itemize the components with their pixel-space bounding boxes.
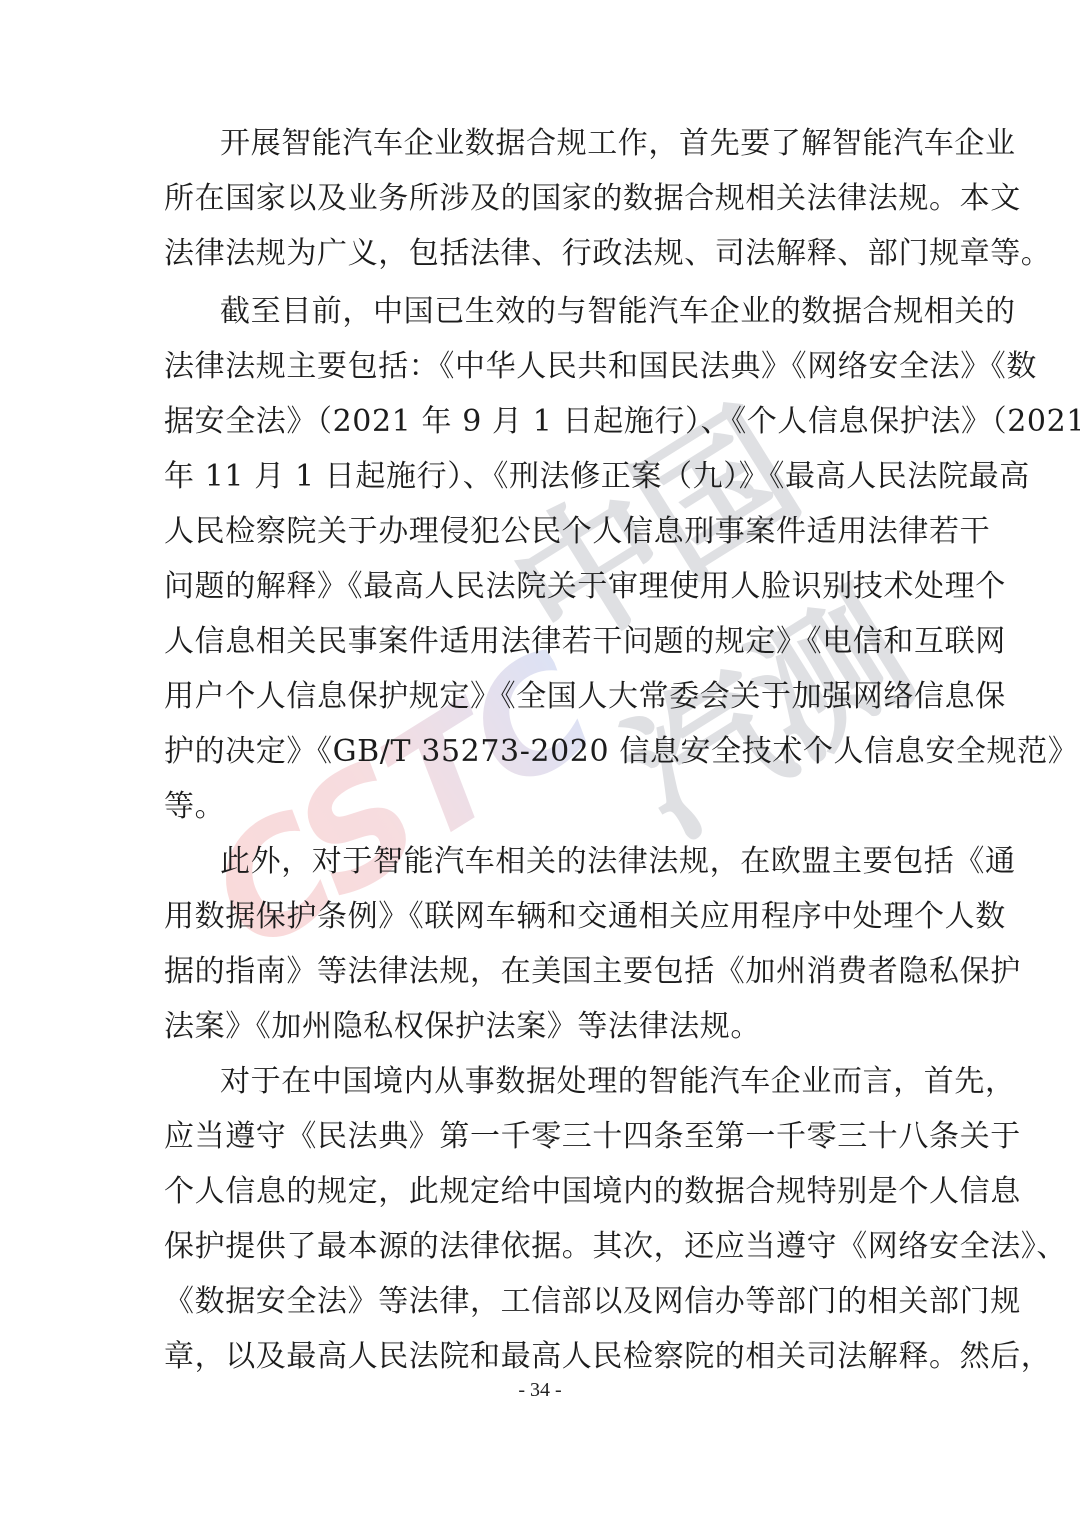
text-line: 人信息相关民事案件适用法律若干问题的规定》《电信和互联网	[164, 622, 916, 662]
text-line: 所在国家以及业务所涉及的国家的数据合规相关法律法规。本文	[164, 179, 916, 219]
text-line: 法律法规为广义，包括法律、行政法规、司法解释、部门规章等。	[164, 234, 916, 274]
text-line: 护的决定》《GB/T 35273-2020 信息安全技术个人信息安全规范》	[164, 732, 916, 772]
text-line: 章，以及最高人民法院和最高人民检察院的相关司法解释。然后，	[164, 1337, 916, 1377]
text-line: 截至目前，中国已生效的与智能汽车企业的数据合规相关的	[220, 292, 916, 332]
text-line: 应当遵守《民法典》第一千零三十四条至第一千零三十八条关于	[164, 1117, 916, 1157]
text-line: 问题的解释》《最高人民法院关于审理使用人脸识别技术处理个	[164, 567, 916, 607]
text-line: 保护提供了最本源的法律依据。其次，还应当遵守《网络安全法》、	[164, 1227, 916, 1267]
text-line: 对于在中国境内从事数据处理的智能汽车企业而言，首先，	[220, 1062, 916, 1102]
text-line: 据安全法》（2021 年 9 月 1 日起施行）、《个人信息保护法》（2021	[164, 402, 916, 442]
text-line: 法律法规主要包括：《中华人民共和国民法典》《网络安全法》《数	[164, 347, 916, 387]
text-line: 此外，对于智能汽车相关的法律法规，在欧盟主要包括《通	[220, 842, 916, 882]
text-line: 开展智能汽车企业数据合规工作，首先要了解智能汽车企业	[220, 124, 916, 164]
text-line: 据的指南》等法律法规，在美国主要包括《加州消费者隐私保护	[164, 952, 916, 992]
text-line: 法案》《加州隐私权保护法案》等法律法规。	[164, 1007, 761, 1047]
text-line: 《数据安全法》等法律，工信部以及网信办等部门的相关部门规	[164, 1282, 916, 1322]
text-line: 人民检察院关于办理侵犯公民个人信息刑事案件适用法律若干	[164, 512, 916, 552]
text-line: 个人信息的规定，此规定给中国境内的数据合规特别是个人信息	[164, 1172, 916, 1212]
page-number: - 34 -	[0, 1379, 1080, 1402]
text-line: 用数据保护条例》《联网车辆和交通相关应用程序中处理个人数	[164, 897, 916, 937]
text-line: 年 11 月 1 日起施行）、《刑法修正案（九）》《最高人民法院最高	[164, 457, 916, 497]
text-line: 等。	[164, 787, 225, 827]
document-page: CSTC 中国汽测 开展智能汽车企业数据合规工作，首先要了解智能汽车企业所在国家…	[0, 0, 1080, 1527]
text-line: 用户个人信息保护规定》《全国人大常委会关于加强网络信息保	[164, 677, 916, 717]
